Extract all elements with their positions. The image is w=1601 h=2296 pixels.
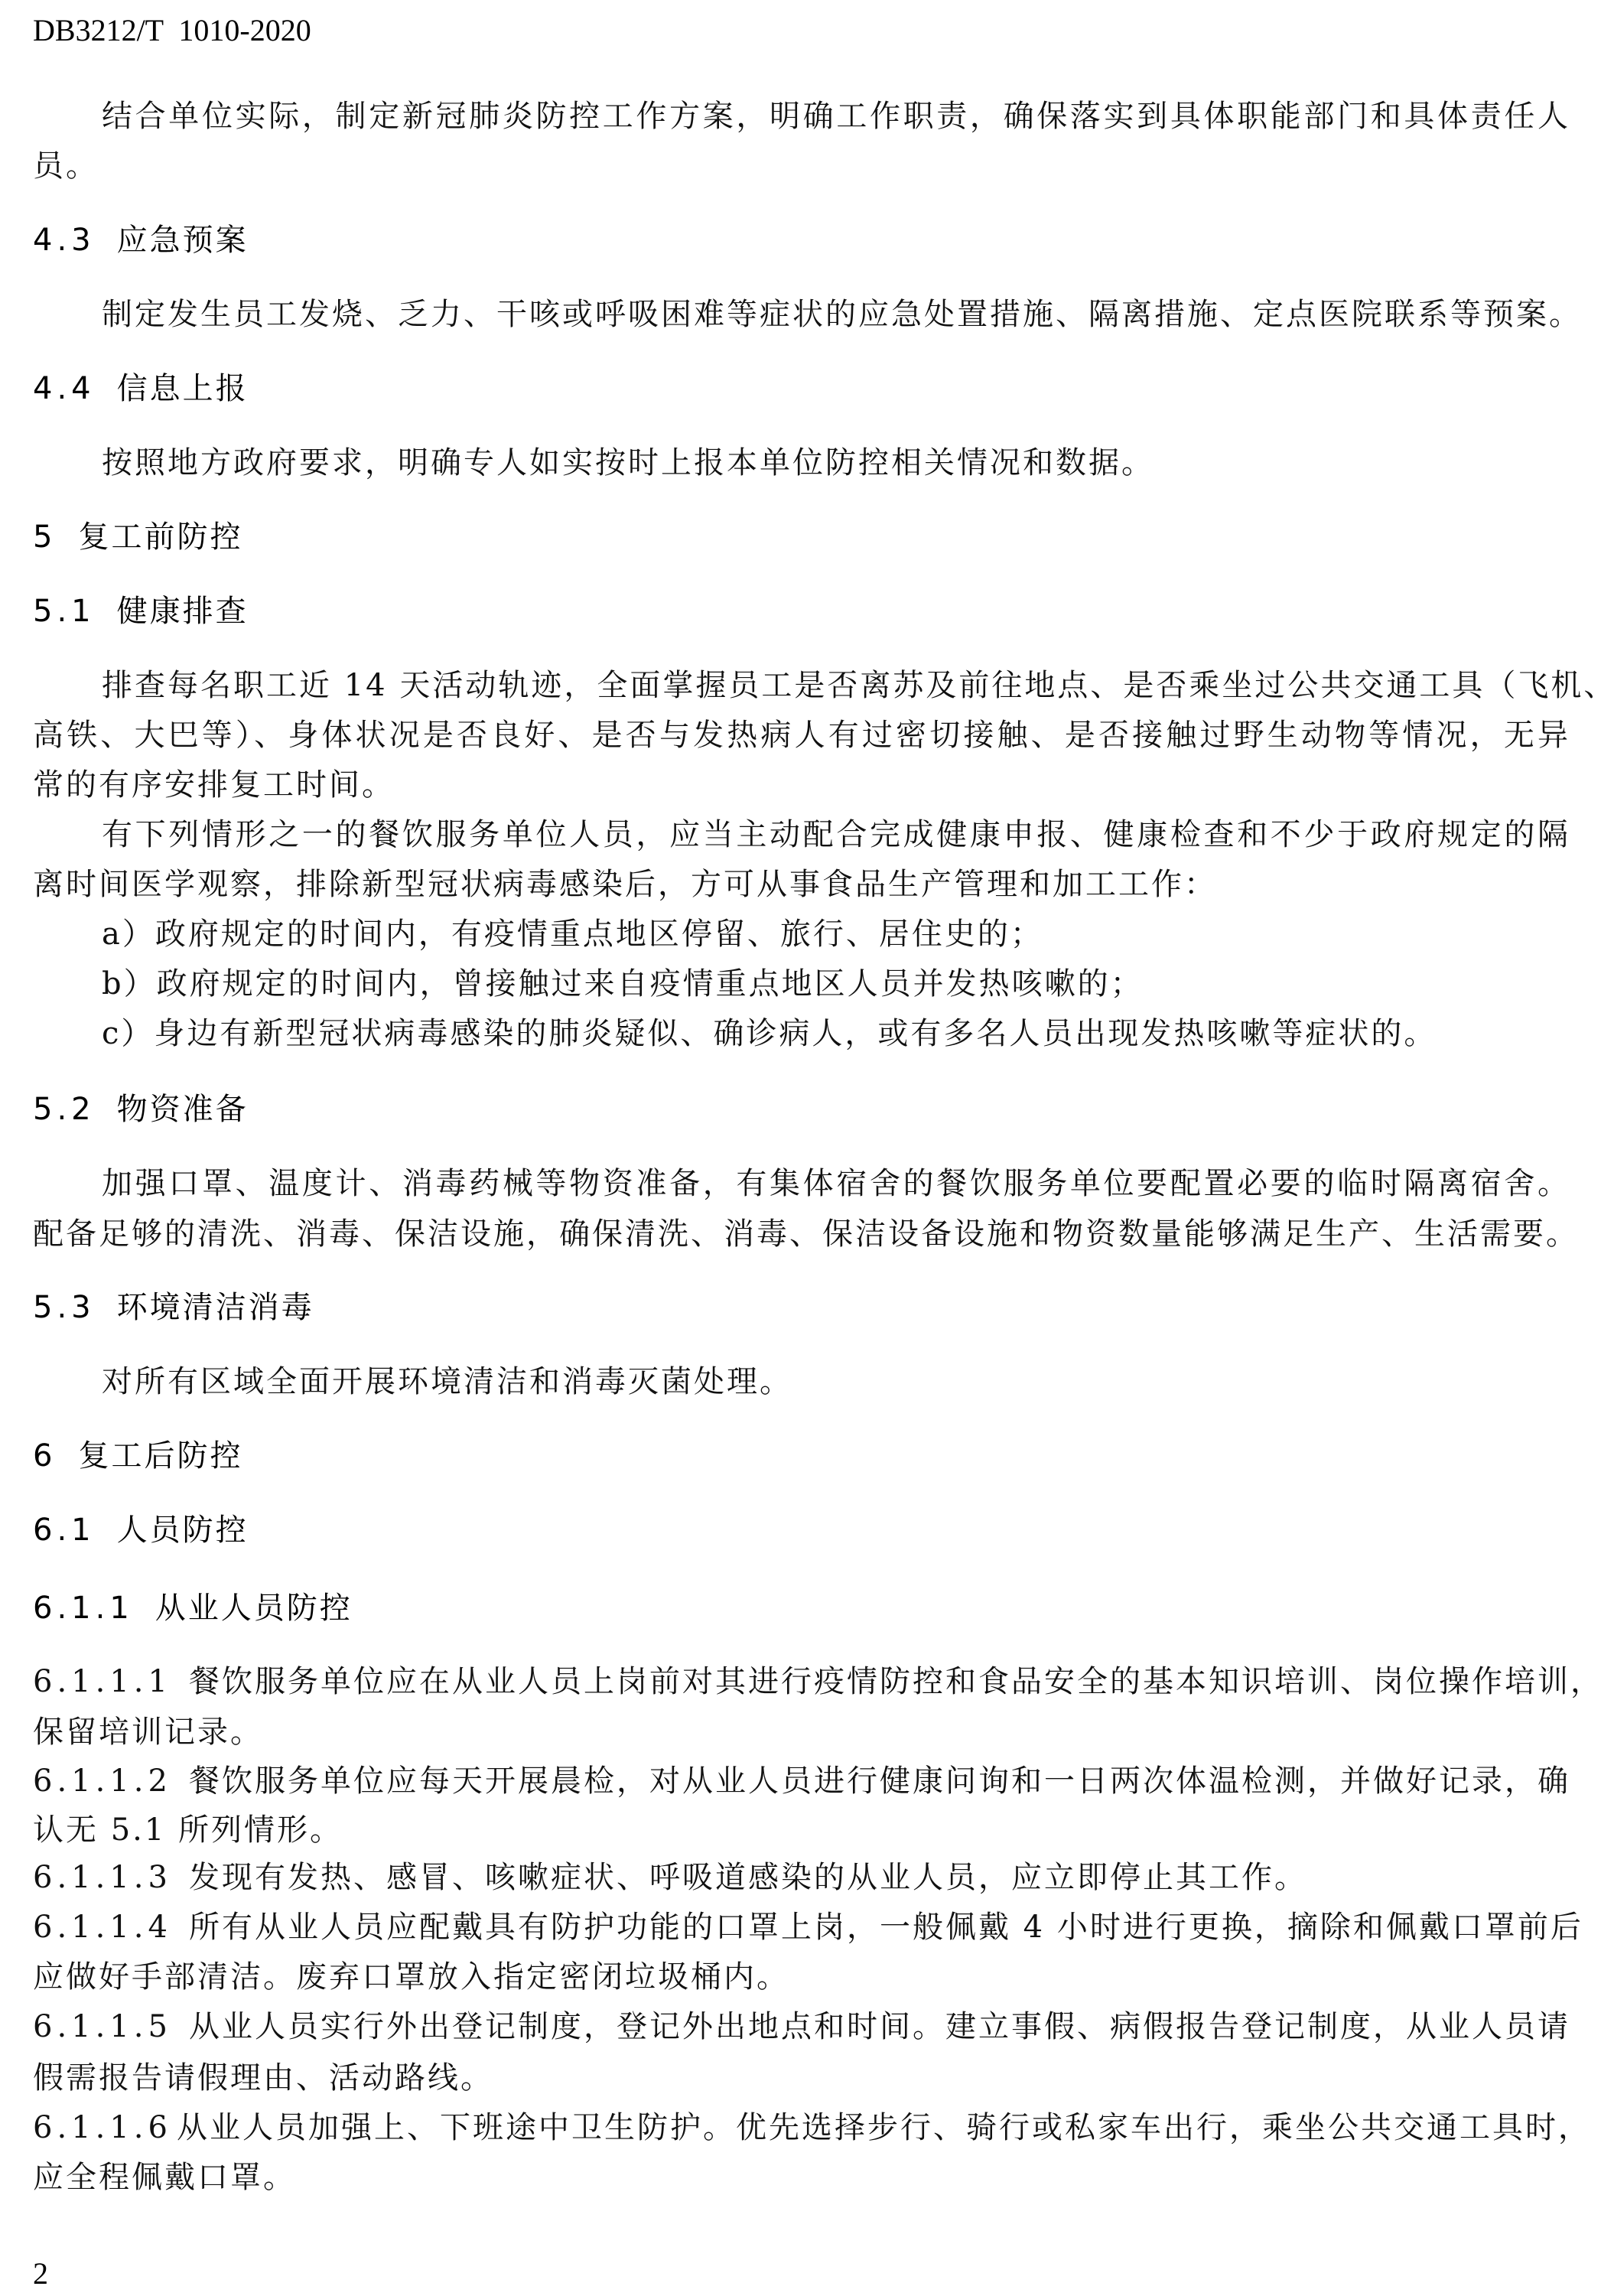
paragraph-line: 配备足够的清洗、消毒、保洁设施，确保清洗、消毒、保洁设备设施和物资数量能够满足生… xyxy=(33,1214,1570,1254)
clause-text: 发现有发热、感冒、咳嗽症状、呼吸道感染的从业人员，应立即停止其工作。 xyxy=(189,1860,1307,1895)
clause-number: 6.1.1.1 xyxy=(33,1664,172,1699)
paragraph-line: 加强口罩、温度计、消毒药械等物资准备，有集体宿舍的餐饮服务单位要配置必要的临时隔… xyxy=(102,1164,1570,1203)
section-heading-5-1: 5.1健康排查 xyxy=(33,591,249,631)
paragraph-line: 制定发生员工发烧、乏力、干咳或呼吸困难等症状的应急处置措施、隔离措施、定点医院联… xyxy=(102,295,1570,334)
clause-line: 保留培训记录。 xyxy=(33,1712,263,1752)
list-marker: b） xyxy=(102,966,157,1001)
section-number: 6.1.1 xyxy=(33,1588,134,1628)
clause-number: 6.1.1.2 xyxy=(33,1764,172,1799)
section-number: 5.2 xyxy=(33,1089,96,1129)
clause-line: 假需报告请假理由、活动路线。 xyxy=(33,2058,493,2098)
list-text: 政府规定的时间内，有疫情重点地区停留、旅行、居住史的； xyxy=(155,917,1043,952)
paragraph-line: 高铁、大巴等）、身体状况是否良好、是否与发热病人有过密切接触、是否接触过野生动物… xyxy=(33,715,1570,755)
clause-line: 6.1.1.5从业人员实行外出登记制度，登记外出地点和时间。建立事假、病假报告登… xyxy=(33,2007,1570,2047)
section-title: 复工后防控 xyxy=(78,1438,242,1474)
clause-line: 应全程佩戴口罩。 xyxy=(33,2158,296,2197)
clause-number: 6.1.1.6 xyxy=(33,2110,172,2145)
section-heading-5-2: 5.2物资准备 xyxy=(33,1089,249,1129)
list-marker: a） xyxy=(102,917,155,952)
clause-number: 6.1.1.4 xyxy=(33,1910,172,1945)
clause-line: 应做好手部清洁。废弃口罩放入指定密闭垃圾桶内。 xyxy=(33,1957,789,1997)
section-heading-6: 6复工后防控 xyxy=(33,1436,242,1476)
section-heading-4-3: 4.3应急预案 xyxy=(33,220,249,260)
clause-text: 从业人员加强上、下班途中卫生防护。优先选择步行、骑行或私家车出行，乘坐公共交通工… xyxy=(177,2110,1591,2145)
paragraph-line: 按照地方政府要求，明确专人如实按时上报本单位防控相关情况和数据。 xyxy=(102,443,1154,483)
section-title: 从业人员防控 xyxy=(155,1591,353,1626)
section-title: 复工前防控 xyxy=(78,519,242,555)
section-number: 4.4 xyxy=(33,369,96,409)
section-number: 6.1 xyxy=(33,1510,96,1550)
section-heading-6-1-1: 6.1.1从业人员防控 xyxy=(33,1588,353,1628)
paragraph-line: 员。 xyxy=(33,146,99,186)
clause-text: 餐饮服务单位应在从业人员上岗前对其进行疫情防控和食品安全的基本知识培训、岗位操作… xyxy=(189,1664,1601,1699)
clause-line: 6.1.1.2餐饮服务单位应每天开展晨检，对从业人员进行健康问询和一日两次体温检… xyxy=(33,1761,1570,1801)
section-title: 健康排查 xyxy=(117,594,249,629)
section-title: 人员防控 xyxy=(117,1513,249,1548)
section-heading-6-1: 6.1人员防控 xyxy=(33,1510,249,1550)
paragraph-line: 离时间医学观察，排除新型冠状病毒感染后，方可从事食品生产管理和加工工作： xyxy=(33,865,1217,904)
running-header: DB3212/T 1010-2020 xyxy=(33,14,311,47)
list-marker: c） xyxy=(102,1016,154,1051)
clause-line: 认无 5.1 所列情形。 xyxy=(33,1810,343,1850)
clause-text: 从业人员实行外出登记制度，登记外出地点和时间。建立事假、病假报告登记制度，从业人… xyxy=(189,2009,1570,2044)
paragraph-line: 对所有区域全面开展环境清洁和消毒灭菌处理。 xyxy=(102,1362,792,1402)
list-item: c）身边有新型冠状病毒感染的肺炎疑似、确诊病人，或有多名人员出现发热咳嗽等症状的… xyxy=(102,1014,1437,1054)
clause-number: 6.1.1.3 xyxy=(33,1860,172,1895)
section-number: 4.3 xyxy=(33,220,96,260)
paragraph-line: 有下列情形之一的餐饮服务单位人员，应当主动配合完成健康申报、健康检查和不少于政府… xyxy=(102,815,1570,855)
clause-line: 6.1.1.6从业人员加强上、下班途中卫生防护。优先选择步行、骑行或私家车出行，… xyxy=(33,2108,1570,2148)
page-number: 2 xyxy=(33,2257,48,2291)
paragraph-line: 排查每名职工近 14 天活动轨迹，全面掌握员工是否离苏及前往地点、是否乘坐过公共… xyxy=(102,666,1570,705)
list-item: b）政府规定的时间内，曾接触过来自疫情重点地区人员并发热咳嗽的； xyxy=(102,964,1144,1004)
section-title: 应急预案 xyxy=(117,223,249,258)
list-text: 政府规定的时间内，曾接触过来自疫情重点地区人员并发热咳嗽的； xyxy=(157,966,1144,1001)
clause-text: 餐饮服务单位应每天开展晨检，对从业人员进行健康问询和一日两次体温检测，并做好记录… xyxy=(189,1764,1570,1799)
list-item: a）政府规定的时间内，有疫情重点地区停留、旅行、居住史的； xyxy=(102,914,1043,954)
section-heading-5: 5复工前防控 xyxy=(33,517,242,557)
clause-text: 所有从业人员应配戴具有防护功能的口罩上岗，一般佩戴 4 小时进行更换，摘除和佩戴… xyxy=(189,1910,1583,1945)
paragraph-line: 结合单位实际，制定新冠肺炎防控工作方案，明确工作职责，确保落实到具体职能部门和具… xyxy=(102,96,1570,136)
section-number: 5 xyxy=(33,517,57,557)
document-page: DB3212/T 1010-2020 结合单位实际，制定新冠肺炎防控工作方案，明… xyxy=(0,0,1601,2296)
section-number: 5.1 xyxy=(33,591,96,631)
section-number: 5.3 xyxy=(33,1288,96,1327)
section-heading-5-3: 5.3环境清洁消毒 xyxy=(33,1288,314,1327)
clause-number: 6.1.1.5 xyxy=(33,2009,172,2044)
section-title: 环境清洁消毒 xyxy=(117,1290,314,1325)
section-title: 物资准备 xyxy=(117,1092,249,1127)
clause-line: 6.1.1.1餐饮服务单位应在从业人员上岗前对其进行疫情防控和食品安全的基本知识… xyxy=(33,1662,1570,1702)
list-text: 身边有新型冠状病毒感染的肺炎疑似、确诊病人，或有多名人员出现发热咳嗽等症状的。 xyxy=(154,1016,1437,1051)
paragraph-line: 常的有序安排复工时间。 xyxy=(33,765,395,805)
section-heading-4-4: 4.4信息上报 xyxy=(33,369,249,409)
section-title: 信息上报 xyxy=(117,371,249,406)
clause-line: 6.1.1.3发现有发热、感冒、咳嗽症状、呼吸道感染的从业人员，应立即停止其工作… xyxy=(33,1858,1307,1897)
section-number: 6 xyxy=(33,1436,57,1476)
clause-line: 6.1.1.4所有从业人员应配戴具有防护功能的口罩上岗，一般佩戴 4 小时进行更… xyxy=(33,1907,1570,1947)
